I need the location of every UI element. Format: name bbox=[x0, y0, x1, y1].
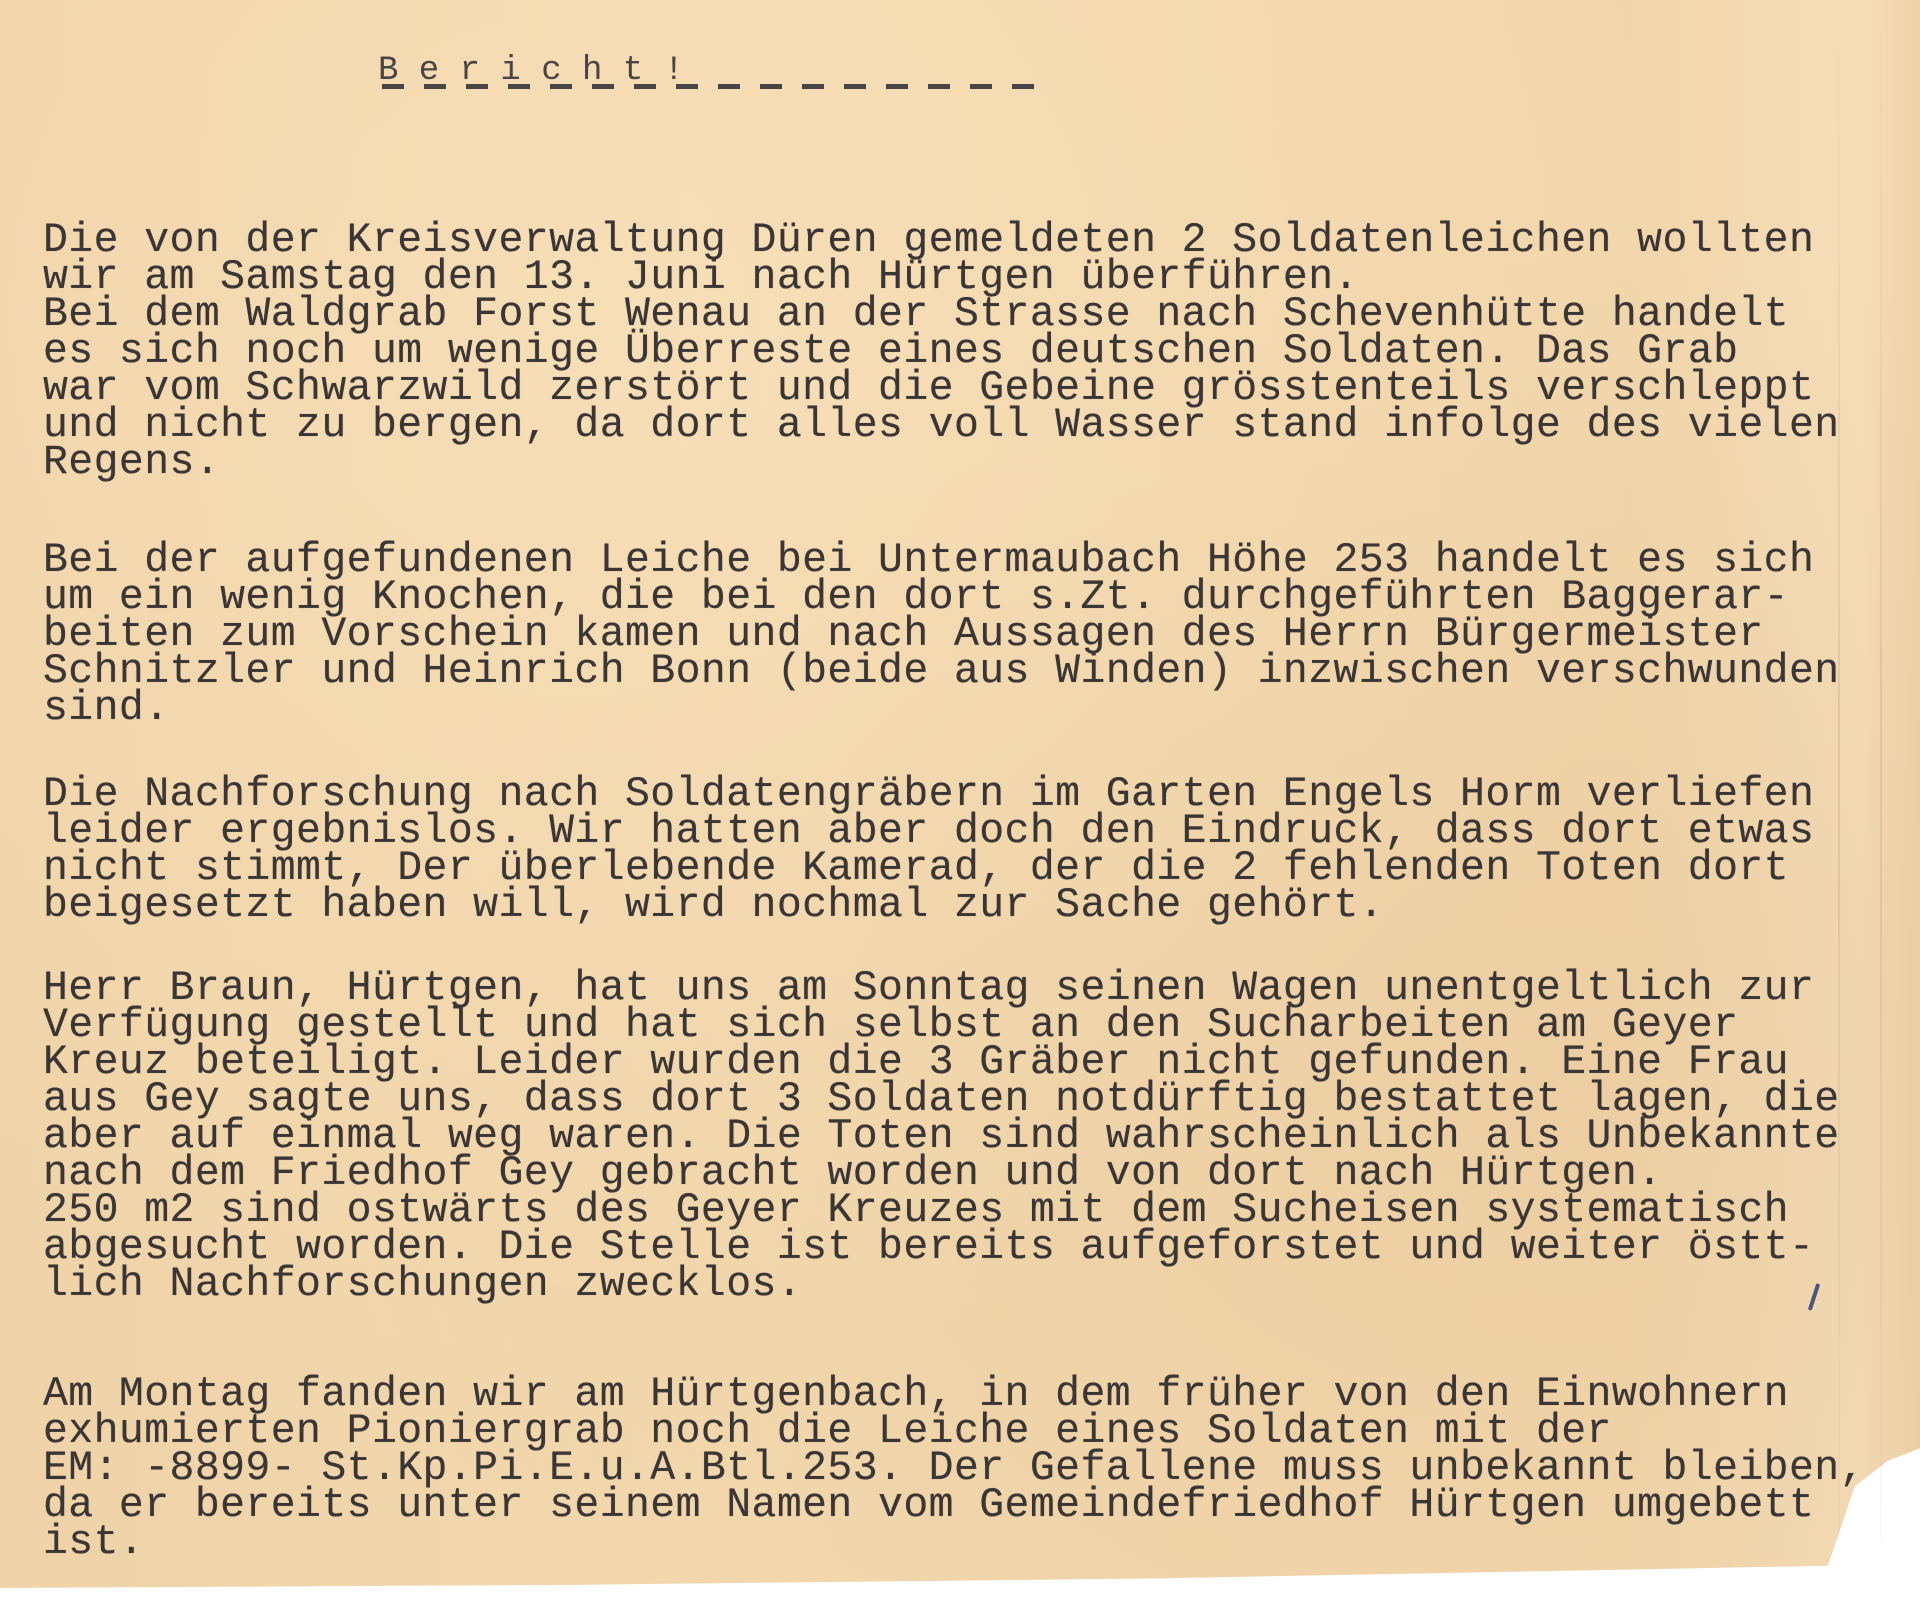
typewritten-report: B e r i c h t ! Die von der Kreisverwalt… bbox=[0, 0, 1920, 1601]
text-line: Schnitzler und Heinrich Bonn (beide aus … bbox=[43, 653, 1840, 690]
text-line: lich Nachforschungen zwecklos. bbox=[43, 1266, 1840, 1303]
paragraph-3: Die Nachforschung nach Soldatengräbern i… bbox=[43, 776, 1814, 924]
text-line: und nicht zu bergen, da dort alles voll … bbox=[43, 407, 1840, 444]
paragraph-1: Die von der Kreisverwaltung Düren gemeld… bbox=[43, 222, 1840, 481]
text-line: ist. bbox=[43, 1524, 1865, 1561]
paragraph-4: Herr Braun, Hürtgen, hat uns am Sonntag … bbox=[43, 970, 1840, 1303]
text-line: Regens. bbox=[43, 444, 1840, 481]
text-line: sind. bbox=[43, 690, 1840, 727]
text-line: da er bereits unter seinem Namen vom Gem… bbox=[43, 1487, 1865, 1524]
paragraph-5: Am Montag fanden wir am Hürtgenbach, in … bbox=[43, 1376, 1865, 1561]
paragraph-2: Bei der aufgefundenen Leiche bei Unterma… bbox=[43, 542, 1840, 727]
text-line: beigesetzt haben will, wird nochmal zur … bbox=[43, 887, 1814, 924]
title-dashed-underline bbox=[382, 84, 1034, 89]
